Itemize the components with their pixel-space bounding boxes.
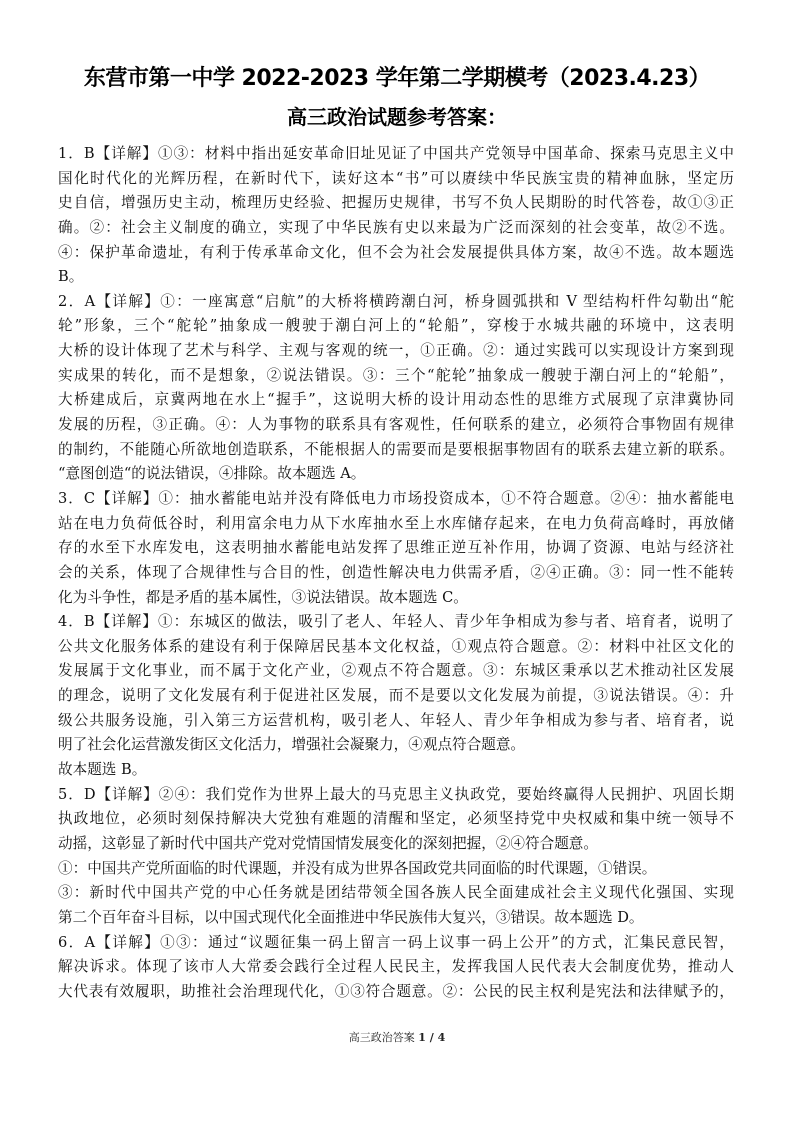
answer-line: 级公共服务设施，引入第三方运营机构，吸引老人、年轻人、青少年争相成为参与者、培育… <box>58 709 734 734</box>
answer-line: 实成果的转化，而不是想象，②说法错误。③：三个“舵轮”抽象成一艘驶于潮白河上的“… <box>58 364 734 389</box>
answer-line: 3．C【详解】①：抽水蓄能电站并没有降低电力市场投资成本，①不符合题意。②④：抽… <box>58 487 734 512</box>
answer-5: 5．D【详解】②④：我们党作为世界上最大的马克思主义执政党，要始终赢得人民拥护、… <box>58 783 734 931</box>
answer-line: 解决诉求。体现了该市人大常委会践行全过程人民民主，发挥我国人民代表大会制度优势，… <box>58 955 734 980</box>
document-subtitle: 高三政治试题参考答案： <box>0 103 794 131</box>
answer-line: 2．A【详解】①：一座寓意“启航”的大桥将横跨潮白河，桥身圆弧拱和 V 型结构杆… <box>58 290 734 315</box>
answer-line: 存的水至下水库发电，这表明抽水蓄能电站发挥了思维正逆互补作用，协调了资源、电站与… <box>58 536 734 561</box>
answer-line: 动摇，这彰显了新时代中国共产党对党情国情发展变化的深刻把握，②④符合题意。 <box>58 832 734 857</box>
answer-line: 大代表有效履职，助推社会治理现代化，①③符合题意。②：公民的民主权利是宪法和法律… <box>58 980 734 1005</box>
answer-6: 6．A【详解】①③：通过“议题征集一码上留言一码上议事一码上公开”的方式，汇集民… <box>58 931 734 1005</box>
answer-body: 1．B【详解】①③：材料中指出延安革命旧址见证了中国共产党领导中国革命、探索马克… <box>58 142 734 1004</box>
answer-line: 1．B【详解】①③：材料中指出延安革命旧址见证了中国共产党领导中国革命、探索马克… <box>58 142 734 167</box>
answer-line: 故本题选 B。 <box>58 758 734 783</box>
answer-line: 执政地位，必须时刻保持解决大党独有难题的清醒和坚定，必须坚持党中央权威和集中统一… <box>58 807 734 832</box>
answer-line: 站在电力负荷低谷时，利用富余电力从下水库抽水至上水库储存起来，在电力负荷高峰时，… <box>58 512 734 537</box>
answer-line: ④：保护革命遗址，有利于传承革命文化，但不会为社会发展提供具体方案，故④不选。故… <box>58 241 734 266</box>
answer-line: ③：新时代中国共产党的中心任务就是团结带领全国各族人民全面建成社会主义现代化强国… <box>58 881 734 906</box>
answer-line: 发展属于文化事业，而不属于文化产业，②观点不符合题意。③：东城区秉承以艺术推动社… <box>58 659 734 684</box>
answer-line: 确。②：社会主义制度的确立，实现了中华民族有史以来最为广泛而深刻的社会变革，故②… <box>58 216 734 241</box>
document-page: 东营市第一中学 2022-2023 学年第二学期模考（2023.4.23） 高三… <box>0 0 794 1123</box>
answer-line: ①：中国共产党所面临的时代课题，并没有成为世界各国政党共同面临的时代课题，①错误… <box>58 857 734 882</box>
answer-line: 6．A【详解】①③：通过“议题征集一码上留言一码上议事一码上公开”的方式，汇集民… <box>58 931 734 956</box>
answer-line: 会的关系，体现了合规律性与合目的性，创造性解决电力供需矛盾，②④正确。③：同一性… <box>58 561 734 586</box>
document-title: 东营市第一中学 2022-2023 学年第二学期模考（2023.4.23） <box>0 64 794 94</box>
answer-line: 发展的历程，③正确。④：人为事物的联系具有客观性，任何联系的建立，必须符合事物固… <box>58 413 734 438</box>
answer-line: “意图创造“的说法错误，④排除。故本题选 A。 <box>58 462 734 487</box>
answer-line: 轮”形象，三个“舵轮”抽象成一艘驶于潮白河上的“轮船”，穿梭于水城共融的环境中，… <box>58 314 734 339</box>
answer-line: 明了社会化运营激发街区文化活力，增强社会凝聚力，④观点符合题意。 <box>58 733 734 758</box>
page-number: 1 / 4 <box>418 1031 445 1044</box>
footer-label: 高三政治答案 <box>349 1031 415 1044</box>
answer-line: 国化时代化的光辉历程，在新时代下，读好这本“书”可以赓续中华民族宝贵的精神血脉，… <box>58 167 734 192</box>
answer-line: 史自信，增强历史主动，梳理历史经验、把握历史规律，书写不负人民期盼的时代答卷，故… <box>58 191 734 216</box>
answer-4: 4．B【详解】①：东城区的做法，吸引了老人、年轻人、青少年争相成为参与者、培育者… <box>58 610 734 782</box>
answer-line: 的制约，不能随心所欲地创造联系，不能根据人的需要而是要根据事物固有的联系去建立新… <box>58 438 734 463</box>
answer-line: 公共文化服务体系的建设有利于保障居民基本文化权益，①观点符合题意。②：材料中社区… <box>58 635 734 660</box>
answer-line: 4．B【详解】①：东城区的做法，吸引了老人、年轻人、青少年争相成为参与者、培育者… <box>58 610 734 635</box>
answer-line: 5．D【详解】②④：我们党作为世界上最大的马克思主义执政党，要始终赢得人民拥护、… <box>58 783 734 808</box>
answer-line: 大桥的设计体现了艺术与科学、主观与客观的统一，①正确。②：通过实践可以实现设计方… <box>58 339 734 364</box>
answer-line: 大桥建成后，京冀两地在水上“握手”，这说明大桥的设计用动态性的思维方式展现了京津… <box>58 388 734 413</box>
answer-line: B。 <box>58 265 734 290</box>
answer-line: 化为斗争性，都是矛盾的基本属性，③说法错误。故本题选 C。 <box>58 586 734 611</box>
answer-line: 第二个百年奋斗目标，以中国式现代化全面推进中华民族伟大复兴，③错误。故本题选 D… <box>58 906 734 931</box>
answer-3: 3．C【详解】①：抽水蓄能电站并没有降低电力市场投资成本，①不符合题意。②④：抽… <box>58 487 734 610</box>
answer-line: 的理念，说明了文化发展有利于促进社区发展，而不是要以文化发展为前提，③说法错误。… <box>58 684 734 709</box>
answer-2: 2．A【详解】①：一座寓意“启航”的大桥将横跨潮白河，桥身圆弧拱和 V 型结构杆… <box>58 290 734 487</box>
page-footer: 高三政治答案 1 / 4 <box>0 1029 794 1045</box>
answer-1: 1．B【详解】①③：材料中指出延安革命旧址见证了中国共产党领导中国革命、探索马克… <box>58 142 734 290</box>
